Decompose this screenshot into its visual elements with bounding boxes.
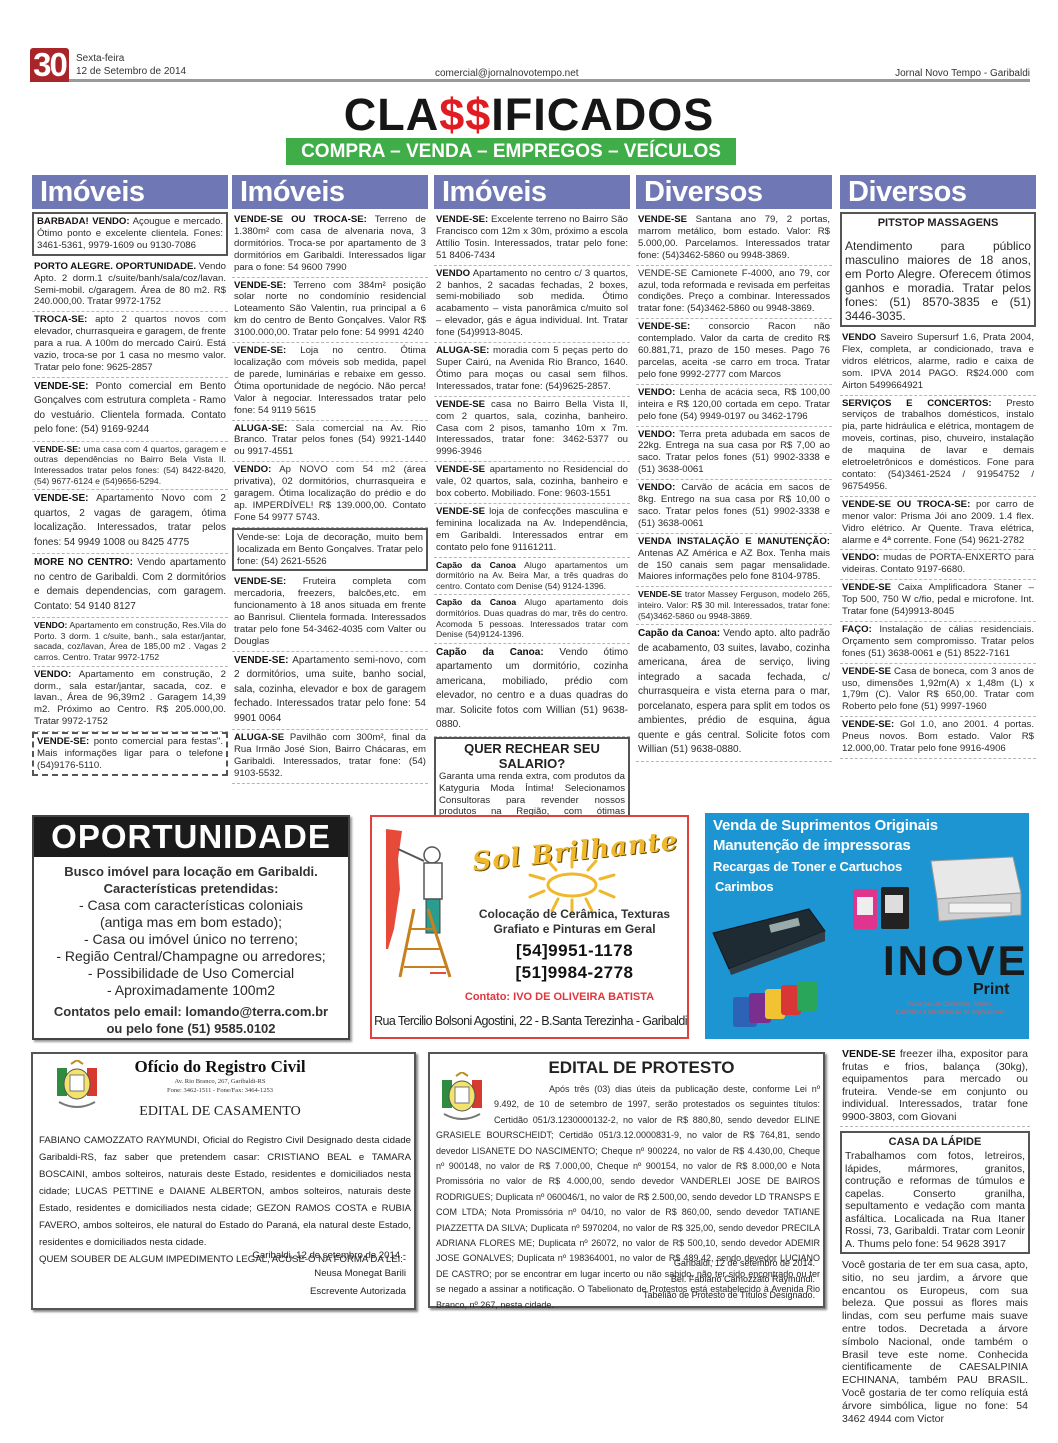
oportunidade-ad: OPORTUNIDADE Busco imóvel para locação e… [32, 815, 350, 1040]
weekday: Sexta-feira [76, 52, 186, 65]
inove-line-2: Manutenção de impressoras [713, 837, 911, 854]
edital-casamento-notice: Ofício do Registro Civil Av. Rio Branco,… [31, 1052, 416, 1310]
classified-ad: VENDE-SE OU TROCA-SE: por carro de menor… [840, 497, 1036, 551]
rs-coat-of-arms-icon [53, 1060, 101, 1112]
classified-ad: VENDO: Lenha de acácia seca, R$ 100,00 i… [636, 385, 832, 427]
inove-tagline-2: Carimbos e Manutenção de Impressoras [875, 1009, 1025, 1017]
classified-ad: TROCA-SE: apto 2 quartos novos com eleva… [32, 312, 228, 378]
classified-ad: VENDE-SE Santana ano 79, 2 portas, marro… [636, 212, 832, 266]
classified-ad: VENDE-SE: Excelente terreno no Bairro Sã… [434, 212, 630, 266]
boxed-ad-pitstop: PITSTOP MASSAGENS Atendimento para públi… [840, 212, 1036, 327]
classified-ad: MORE NO CENTRO: Vendo apartamento no cen… [32, 554, 228, 618]
inove-line-1: Venda de Suprimentos Originais [713, 817, 938, 834]
contact-email[interactable]: comercial@jornalnovotempo.net [435, 68, 579, 79]
column-diversos-bottom: VENDE-SE freezer ilha, expositor para fr… [840, 1046, 1030, 1428]
classified-ad: VENDA INSTALAÇÃO E MANUTENÇÃO: Antenas A… [636, 534, 832, 588]
place-date: Garibaldi, 12 de setembro de 2014. [515, 1258, 815, 1268]
inove-print-ad: Venda de Suprimentos Originais Manutençã… [705, 813, 1029, 1039]
classified-ad: VENDE-SE: Apartamento Novo com 2 quartos… [32, 490, 228, 554]
inove-logo-sub: Print [973, 981, 1009, 999]
page-title: CLA$$IFICADOS [0, 90, 1058, 140]
oportunidade-body: Busco imóvel para locação em Garibaldi. … [34, 857, 348, 999]
oportunidade-contact: Contatos pelo email: lomando@terra.com.b… [34, 999, 348, 1037]
classified-ad: VENDE-SE: Fruteira completa com mercador… [232, 574, 428, 651]
section-subtitle: COMPRA – VENDA – EMPREGOS – VEÍCULOS [286, 138, 736, 165]
classified-ad: Você gostaria de ter em sua casa, apto, … [840, 1257, 1030, 1428]
classified-ad: Capão da Canoa Alugo apartamento dois do… [434, 595, 630, 643]
column-diversos-2: Diversos PITSTOP MASSAGENS Atendimento p… [840, 175, 1036, 759]
classified-ad: BARBADA! VENDO: Açougue e mercado. Ótimo… [32, 212, 228, 256]
office-address: Av. Rio Branco, 267, Garibaldi-RS [125, 1078, 315, 1085]
classified-ad: VENDE-SE: Apartamento semi-novo, com 2 d… [232, 652, 428, 731]
classified-ad: ALUGA-SE Pavilhão com 300m², final da Ru… [232, 730, 428, 784]
classified-ad: VENDE-SE loja de confecções masculina e … [434, 504, 630, 558]
classified-ad: ALUGA-SE: Sala comercial na Av. Rio Bran… [232, 421, 428, 463]
office-name: Ofício do Registro Civil [125, 1057, 315, 1077]
sol-phone-2: [51]9984-2778 [462, 963, 687, 983]
sol-brilhante-ad: Sol Brilhante Colocação de Cerâmica, Tex… [370, 815, 689, 1039]
edital-heading: EDITAL DE CASAMENTO [125, 1104, 315, 1120]
signer-role: Tabelião de Protesto de Títulos Designad… [515, 1290, 815, 1300]
section-heading: Imóveis [232, 175, 428, 209]
column-imoveis-3: Imóveis VENDE-SE: Excelente terreno no B… [434, 175, 630, 849]
classified-ad: VENDO: mudas de PORTA-ENXERTO para videi… [840, 550, 1036, 580]
masthead: 30 Sexta-feira 12 de Setembro de 2014 co… [30, 48, 1030, 82]
classified-ad: VENDE-SE OU TROCA-SE: Terreno de 1.380m²… [232, 212, 428, 278]
classified-ad: VENDO: Apartamento em construção, 2 dorm… [32, 667, 228, 733]
classified-ad: Capão da Canoa Alugo apartamentos um dor… [434, 558, 630, 596]
section-heading: Imóveis [32, 175, 228, 209]
title-dollars: $$ [439, 89, 491, 140]
painter-illustration-icon [384, 829, 464, 979]
inove-line-3: Recargas de Toner e Cartuchos [713, 859, 902, 874]
ink-cartridges-icon [851, 885, 911, 933]
place-date: Garibaldi, 12 de setembro de 2014.- [106, 1250, 406, 1261]
inove-tagline-1: Recargas de Cartuchos, Toners, [875, 1001, 1025, 1009]
classified-ad: VENDO: Terra preta adubada em sacos de 2… [636, 427, 832, 481]
classified-ad: Capão da Canoa: Vendo ótimo apartamento … [434, 644, 630, 737]
boxed-ad-text: Atendimento para público masculino maior… [845, 239, 1031, 323]
classified-ad: FAÇO: Instalação de cálias residenciais.… [840, 622, 1036, 664]
sol-phone-1: [54]9951-1178 [462, 941, 687, 961]
issue-date: 12 de Setembro de 2014 [76, 65, 186, 78]
sol-services: Colocação de Cerâmica, Texturas Grafiato… [462, 907, 687, 937]
classified-ad: VENDE-SE casa no Bairro Bella Vista II, … [434, 397, 630, 463]
classified-ad: VENDO: Ap NOVO com 54 m2 (área privativa… [232, 462, 428, 528]
boxed-ad-title: CASA DA LÁPIDE [845, 1135, 1025, 1150]
classified-ad: VENDE-SE freezer ilha, expositor para fr… [840, 1046, 1030, 1127]
classified-ad: ALUGA-SE: moradia com 5 peças perto do S… [434, 343, 630, 397]
title-part1: CLA [344, 89, 439, 140]
column-imoveis-2: Imóveis VENDE-SE OU TROCA-SE: Terreno de… [232, 175, 428, 784]
sol-address: Rua Tercilio Bolsoni Agostini, 22 - B.Sa… [374, 1014, 687, 1028]
classified-ad: PORTO ALEGRE. OPORTUNIDADE. Vendo Apto. … [32, 259, 228, 313]
classified-ad: VENDE-SE Caixa Amplificadora Staner – To… [840, 580, 1036, 622]
title-part2: IFICADOS [491, 89, 714, 140]
signer-name: Bel. Fabiano Camozzato Raymundi. [515, 1274, 815, 1284]
inove-line-4: Carimbos [715, 879, 773, 894]
classified-ad: SERVIÇOS E CONCERTOS: Presto serviços de… [840, 396, 1036, 497]
section-heading: Imóveis [434, 175, 630, 209]
classified-ad: VENDO: Carvão de acácia em sacos de 8kg.… [636, 480, 832, 534]
printer-icon [927, 853, 1025, 925]
classified-ad: VENDE-SE: consorcio Racon não contemplad… [636, 319, 832, 385]
signer-role: Escrevente Autorizada [106, 1286, 406, 1297]
classified-ad: VENDE-SE: ponto comercial para festas". … [32, 732, 228, 776]
classified-ad: VENDE-SE: Loja no centro. Ótima localiza… [232, 343, 428, 420]
edital-protesto-notice: EDITAL DE PROTESTO Após três (03) dias ú… [428, 1052, 825, 1308]
newspaper-page: 30 Sexta-feira 12 de Setembro de 2014 co… [0, 0, 1058, 1443]
classified-ad: Vende-se: Loja de decoração, muito bem l… [232, 528, 428, 572]
classified-ad: VENDE-SE: Terreno com 384m² posição sola… [232, 278, 428, 344]
sol-contact: Contato: IVO DE OLIVEIRA BATISTA [432, 991, 687, 1003]
office-phones: Fone: 3462-1511 - Fone/Fax: 3464-1253 [125, 1087, 315, 1094]
boxed-ad-text: Trabalhamos com fotos, letreiros, lápide… [845, 1150, 1025, 1250]
boxed-ad-title: QUER RECHEAR SEU SALARIO? [439, 741, 625, 771]
dateline: Sexta-feira 12 de Setembro de 2014 [76, 52, 186, 78]
classified-ad: VENDE-SE Camionete F-4000, ano 79, cor a… [636, 266, 832, 320]
classified-ad: VENDO Apartamento no centro c/ 3 quartos… [434, 266, 630, 343]
section-heading: Diversos [636, 175, 832, 209]
classified-ad: VENDE-SE: Ponto comercial em Bento Gonça… [32, 378, 228, 442]
toner-cartridge-icon [709, 903, 829, 975]
boxed-ad-title: PITSTOP MASSAGENS [845, 216, 1031, 231]
classified-ad: VENDO Saveiro Supersurf 1.6, Prata 2004,… [840, 330, 1036, 396]
paper-name: Jornal Novo Tempo - Garibaldi [895, 68, 1030, 79]
protesto-heading: EDITAL DE PROTESTO [430, 1058, 823, 1078]
section-heading: Diversos [840, 175, 1036, 209]
classified-ad: VENDE-SE: Gol 1.0, ano 2001. 4 portas. P… [840, 717, 1036, 759]
boxed-ad-lapide: CASA DA LÁPIDE Trabalhamos com fotos, le… [840, 1131, 1030, 1254]
classified-ad: VENDE-SE trator Massey Ferguson, modelo … [636, 587, 832, 625]
page-number: 30 [30, 48, 69, 82]
classified-ad: VENDO: Apartamento em construção, Res.Vi… [32, 618, 228, 666]
edital-body: FABIANO CAMOZZATO RAYMUNDI, Oficial do R… [39, 1132, 411, 1268]
sun-icon [522, 855, 622, 915]
column-diversos-1: Diversos VENDE-SE Santana ano 79, 2 port… [636, 175, 832, 762]
classified-ad: Capão da Canoa: Vendo apto. alto padrão … [636, 625, 832, 762]
signer-name: Neusa Monegat Barili [106, 1268, 406, 1279]
stamps-icon [733, 981, 823, 1031]
classified-ad: VENDE-SE apartamento no Residencial do v… [434, 462, 630, 504]
oportunidade-heading: OPORTUNIDADE [34, 817, 348, 857]
classified-ad: VENDE-SE: uma casa com 4 quartos, garage… [32, 442, 228, 490]
column-imoveis-1: Imóveis BARBADA! VENDO: Açougue e mercad… [32, 175, 228, 776]
inove-logo: INOVE [883, 937, 1029, 985]
classified-ad: VENDE-SE Casa de boneca, com 3 anos de u… [840, 664, 1036, 718]
